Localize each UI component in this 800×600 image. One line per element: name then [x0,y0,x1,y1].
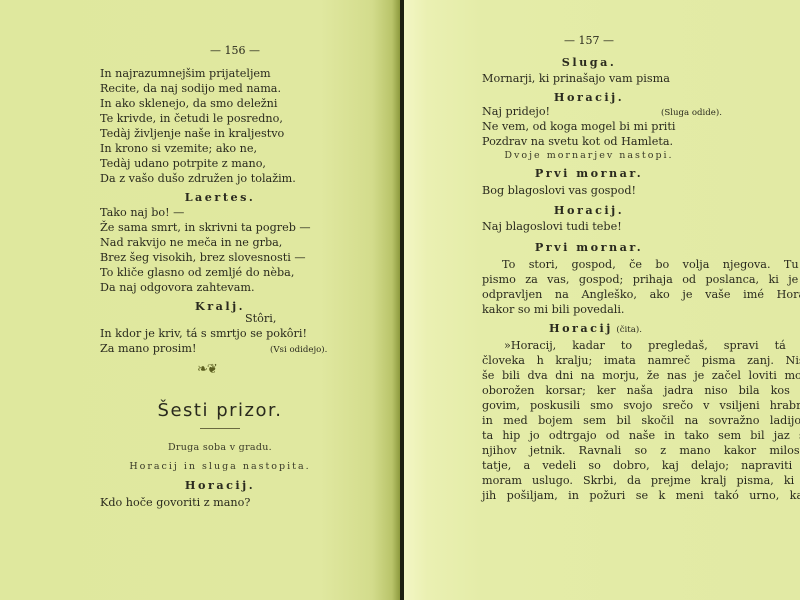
stage-direction-exit: (Vsi odidejo). [270,343,327,357]
dialogue-line: Bog blagoslovi vas gospod! [482,184,636,198]
stage-sailors-enter: Dvoje mornarjev nastopi. [484,149,694,163]
prose-line: človeka h kralju; imata namreč pisma zan… [482,354,800,368]
stage-enter: Horacij in sluga nastopita. [100,460,340,474]
prose-line: »Horacij, kadar to pregledaš, spravi tá … [504,339,800,353]
prose-line: njihov jetnik. Ravnali so z mano kakor m… [482,444,800,458]
prose-line: kakor so mi bili povedali. [482,303,624,317]
speaker-sluga: Sluga. [484,55,694,69]
dialogue-line: Mornarji, ki prinašajo vam pisma [482,72,670,86]
speaker-horacij: Horacij. [100,478,340,492]
verse-line: Recite, da naj sodijo med nama. [100,82,281,96]
verse-line: Tedàj življenje naše in kraljestvo [100,127,284,141]
dialogue-line: Naj pridejo! [482,105,550,119]
verse-line: Za mano prosim! [100,342,196,356]
prose-line: To stori, gospod, če bo volja njegova. T… [482,258,800,272]
prose-line: in med bojem sem bil skočil na sovražno … [482,414,800,428]
speaker-kralj: Kralj. [100,299,340,313]
verse-line: In najrazumnejšim prijateljem [100,67,271,81]
right-page: — 157 — Sluga. Mornarji, ki prinašajo va… [404,0,800,600]
verse-line: In kdor je kriv, tá s smrtjo se pokôri! [100,327,307,341]
dialogue-line: Ne vem, od koga mogel bi mi priti [482,120,675,134]
dialogue-line: Naj blagoslovi tudi tebe! [482,220,622,234]
verse-line: To kliče glasno od zemljé do nèba, [100,266,294,280]
ornament-icon: ❧❦ [197,362,217,377]
dialogue-line: Kdo hoče govoriti z mano? [100,496,250,510]
verse-line: Da naj odgovora zahtevam. [100,281,255,295]
speaker-laertes: Laertes. [100,190,340,204]
prose-line: moram uslugo. Skrbi, da prejme kralj pis… [482,474,800,488]
speaker-horacij: Horacij. [484,90,694,104]
prose-line: govim, poskusili smo svojo srečo v vsilj… [482,399,800,413]
page-number-157: — 157 — [404,34,774,48]
speaker-prvi-mornar: Prvi mornar. [484,166,694,180]
verse-line: Tako naj bo! — [100,206,184,220]
verse-line: Brez šeg visokih, brez slovesnosti — [100,251,306,265]
left-page: — 156 — In najrazumnejšim prijateljem Re… [0,0,400,600]
prose-line: še bili dva dni na morju, že nas je zače… [482,369,800,383]
stage-setting: Druga soba v gradu. [100,441,340,455]
speaker-horacij-reads: Horacij (čita). [549,321,642,337]
speaker-prvi-mornar: Prvi mornar. [484,240,694,254]
prose-line: ta hip jo odtrgajo od naše in tako sem b… [482,429,800,443]
prose-line: jih pošiljam, in požuri se k meni takó u… [482,489,800,503]
prose-text: To stori, gospod, če bo volja njegova. T… [502,258,800,271]
prose-line: tatje, a vedeli so dobro, kaj delajo; na… [482,459,800,473]
stage-direction-sluga-exit: (Sluga odide). [661,106,722,120]
verse-line: Nad rakvijo ne meča in ne grba, [100,236,282,250]
prose-line: pismo za vas, gospod; prihaja od poslanc… [482,273,800,287]
verse-line: In krono si vzemite; ako ne, [100,142,257,156]
dialogue-line: Pozdrav na svetu kot od Hamleta. [482,135,673,149]
prose-line: oborožen korsar; ker naša jadra niso bil… [482,384,800,398]
speaker-name: Horacij [549,321,613,335]
scene-title-rule [200,428,240,429]
verse-line: Stôri, [245,312,276,326]
verse-line: Te krivde, in četudi le posredno, [100,112,283,126]
verse-line: In ako sklenejo, da smo deležni [100,97,277,111]
prose-line: odpravljen na Angleško, ako je vaše imé … [482,288,800,302]
verse-line: Da z vašo dušo združen jo tolažim. [100,172,296,186]
scene-title: Šesti prizor. [100,400,340,422]
verse-line: Že sama smrt, in skrivni ta pogreb — [100,221,311,235]
speaker-horacij: Horacij. [484,203,694,217]
stage-direction-reads: (čita). [616,325,642,335]
verse-line: Tedàj udano potrpite z mano, [100,157,266,171]
